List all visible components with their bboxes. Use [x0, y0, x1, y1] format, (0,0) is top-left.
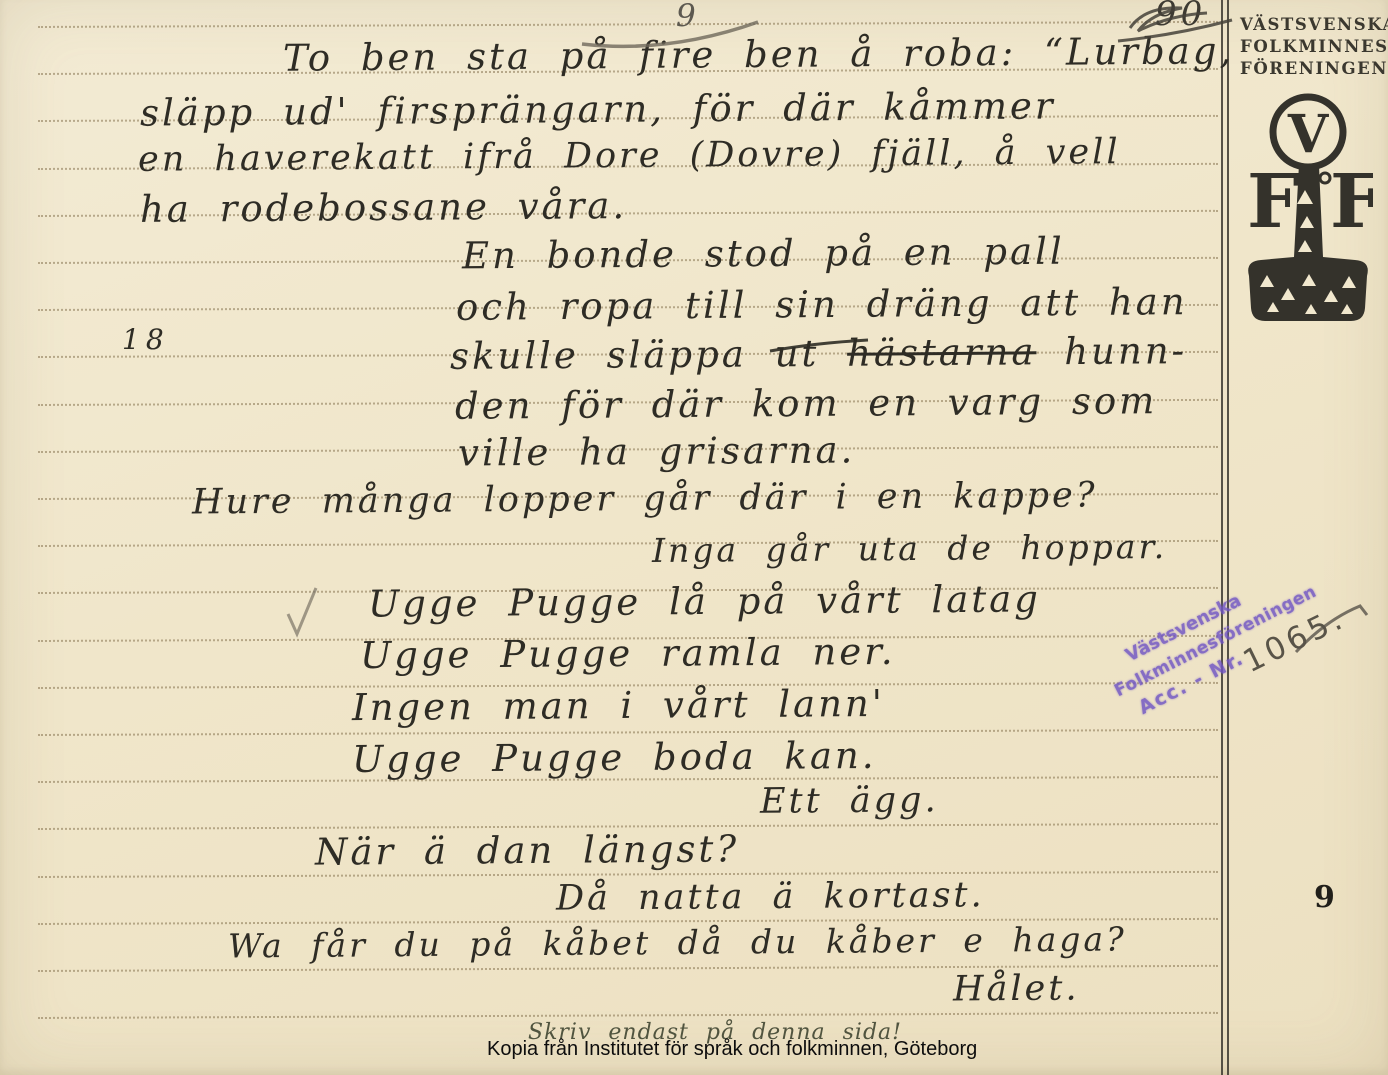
- manuscript-line: Inga går uta de hoppar.: [652, 527, 1167, 570]
- manuscript-line: Ingen man i vårt lann': [352, 682, 885, 729]
- letterhead-line2: FOLKMINNES=: [1240, 36, 1386, 58]
- margin-rule-right: [1227, 0, 1229, 1075]
- line-pre: skulle släppa ut: [450, 332, 847, 378]
- manuscript-line: och ropa till sin dräng att han: [456, 280, 1188, 329]
- manuscript-line: Ugge Pugge boda kan.: [352, 734, 877, 781]
- manuscript-line: Hålet.: [953, 969, 1080, 1010]
- manuscript-line: ha rodebossane våra.: [140, 184, 627, 231]
- letterhead-line3: FÖRENINGEN: [1240, 58, 1386, 80]
- pencil-page-number: 9: [676, 0, 696, 34]
- margin-note: 18: [122, 323, 170, 356]
- ruled-line: [38, 21, 1218, 28]
- logo-letter-f-right: F: [1330, 159, 1373, 245]
- manuscript-page: VÄSTSVENSKA FOLKMINNES= FÖRENINGEN V F F…: [0, 0, 1388, 1075]
- manuscript-line: ville ha grisarna.: [458, 428, 856, 474]
- manuscript-line: Då natta ä kortast.: [556, 875, 985, 918]
- letterhead-line1: VÄSTSVENSKA: [1240, 14, 1386, 36]
- line-post: hunn-: [1036, 329, 1187, 373]
- margin-rule-left: [1221, 0, 1223, 1075]
- logo-letter-f-left: F: [1247, 159, 1300, 245]
- manuscript-line: Hure många lopper går där i en kappe?: [192, 475, 1098, 522]
- manuscript-line: To ben sta på fire ben å roba: “Lurbag,: [283, 29, 1235, 79]
- manuscript-line-with-correction: skulle släppa ut hästarna hunn-: [450, 329, 1187, 378]
- manuscript-line: När ä dan längst?: [315, 827, 739, 873]
- manuscript-line: Ugge Pugge lå på vårt latag: [368, 577, 1041, 625]
- letterhead: VÄSTSVENSKA FOLKMINNES= FÖRENINGEN: [1240, 14, 1386, 80]
- printed-page-number: 9: [1314, 880, 1335, 915]
- manuscript-line: släpp ud' firsprängarn, för där kåmmer: [140, 84, 1056, 134]
- struck-word: hästarna: [847, 330, 1037, 374]
- manuscript-line: en haverekatt ifrå Dore (Dovre) fjäll, å…: [138, 132, 1121, 180]
- manuscript-line: En bonde stod på en pall: [462, 230, 1065, 278]
- manuscript-line: den för där kom en varg som: [455, 379, 1158, 428]
- ruled-line: [38, 870, 1218, 877]
- logo-letter-v: V: [1287, 104, 1330, 165]
- thors-hammer-logo-icon: V F F: [1243, 90, 1373, 335]
- ruled-line: [38, 1012, 1218, 1019]
- manuscript-line: Wa får du på kåbet då du kåber e haga?: [228, 919, 1127, 965]
- manuscript-line: Ugge Pugge ramla ner.: [360, 630, 896, 677]
- copy-notice: Kopia från Institutet för språk och folk…: [487, 1038, 977, 1061]
- manuscript-line: Ett ägg.: [760, 780, 939, 821]
